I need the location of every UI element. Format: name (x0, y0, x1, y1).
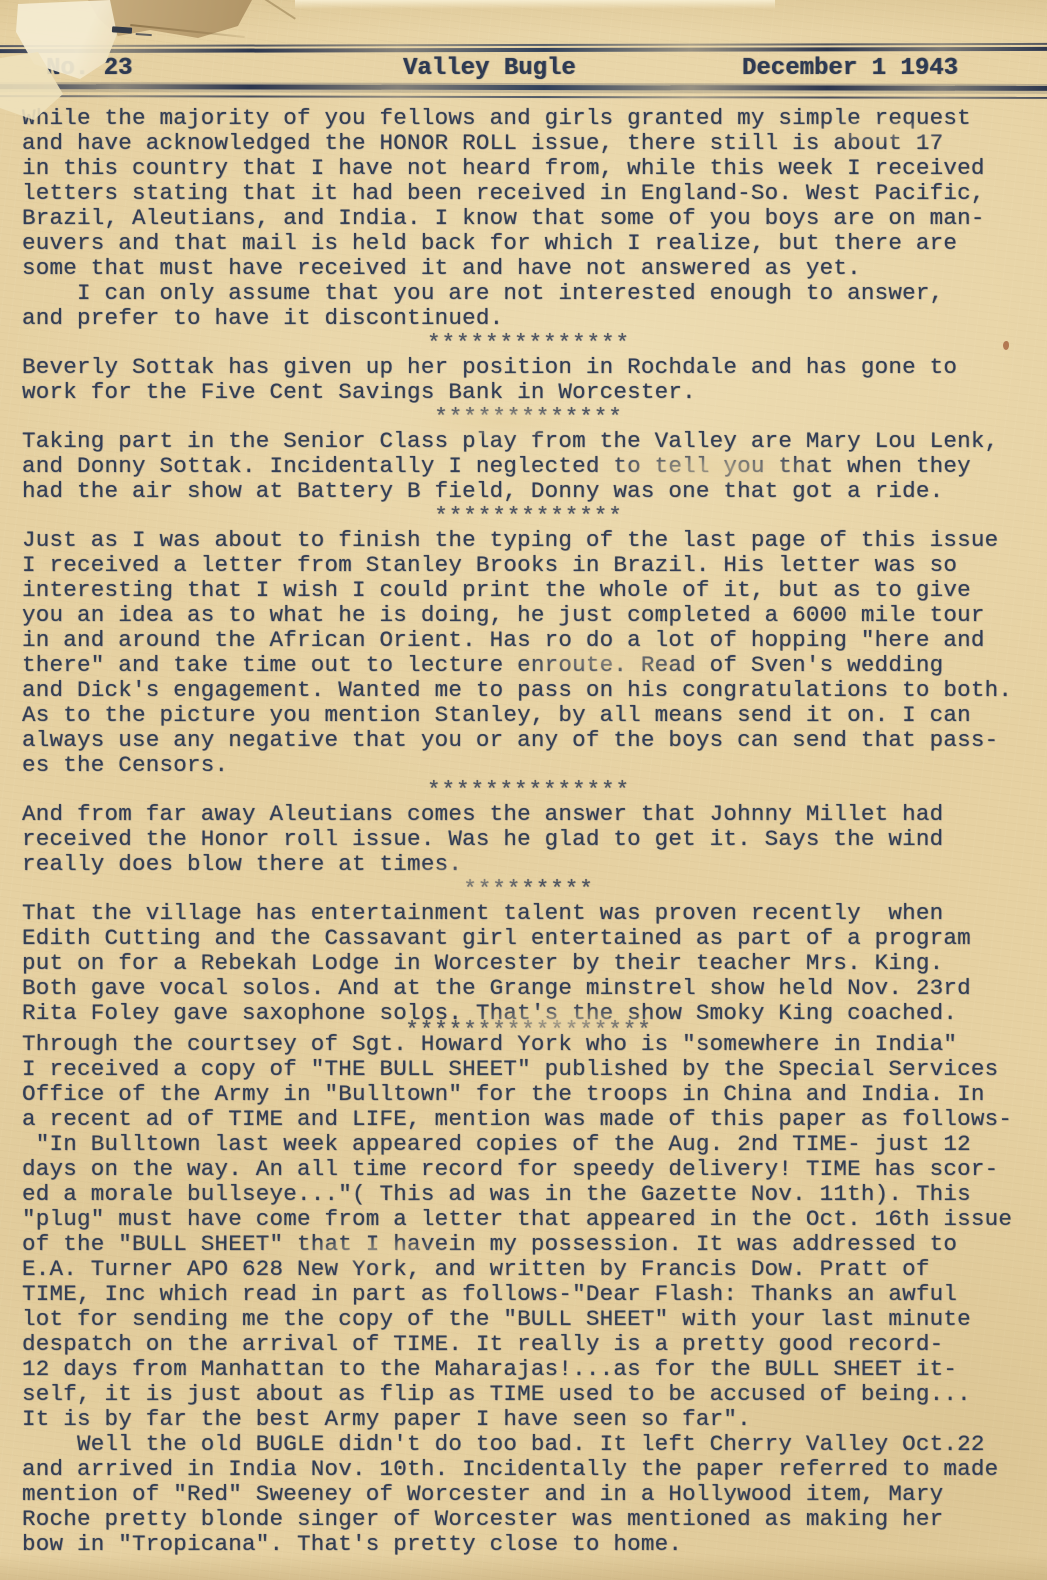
newsletter-page: { "colors": { "paper": "#e6d1a2", "ink":… (0, 0, 1047, 1580)
paper-stain (1003, 341, 1009, 350)
masthead-rule-bottom-thin (0, 95, 1047, 99)
section-separator: ************** (22, 779, 1035, 801)
section-separator: ************** (22, 332, 1035, 354)
paper-crease (130, 24, 245, 38)
issue-date: December 1 1943 (742, 55, 958, 82)
newsletter-paragraph: That the village has entertainment talen… (22, 901, 1035, 1026)
issue-number: No. 23 (46, 55, 132, 82)
torn-edge-ink-mark (112, 26, 132, 33)
section-separator: ********* (22, 878, 1035, 900)
masthead-rule-bottom-thick (0, 84, 1047, 91)
newsletter-paragraph: Beverly Sottak has given up her position… (22, 355, 1035, 405)
newsletter-paragraph: Taking part in the Senior Class play fro… (22, 429, 1035, 504)
newsletter-paragraph: Through the courtsey of Sgt. Howard York… (22, 1032, 1035, 1557)
body-text: While the majority of you fellows and gi… (22, 106, 1035, 1557)
paper-crease-small (246, 0, 296, 20)
section-separator: ************* (22, 505, 1035, 527)
section-separator: ************* (22, 406, 1035, 428)
newsletter-paragraph: While the majority of you fellows and gi… (22, 106, 1035, 331)
masthead-rule-top-thick (0, 47, 1047, 53)
newsletter-paragraph: Just as I was about to finish the typing… (22, 528, 1035, 778)
newsletter-title: Valley Bugle (403, 55, 576, 82)
paper-top-edge-highlight (295, 0, 775, 9)
newsletter-paragraph: And from far away Aleutians comes the an… (22, 802, 1035, 877)
section-separator: ***************** (22, 1024, 1035, 1038)
